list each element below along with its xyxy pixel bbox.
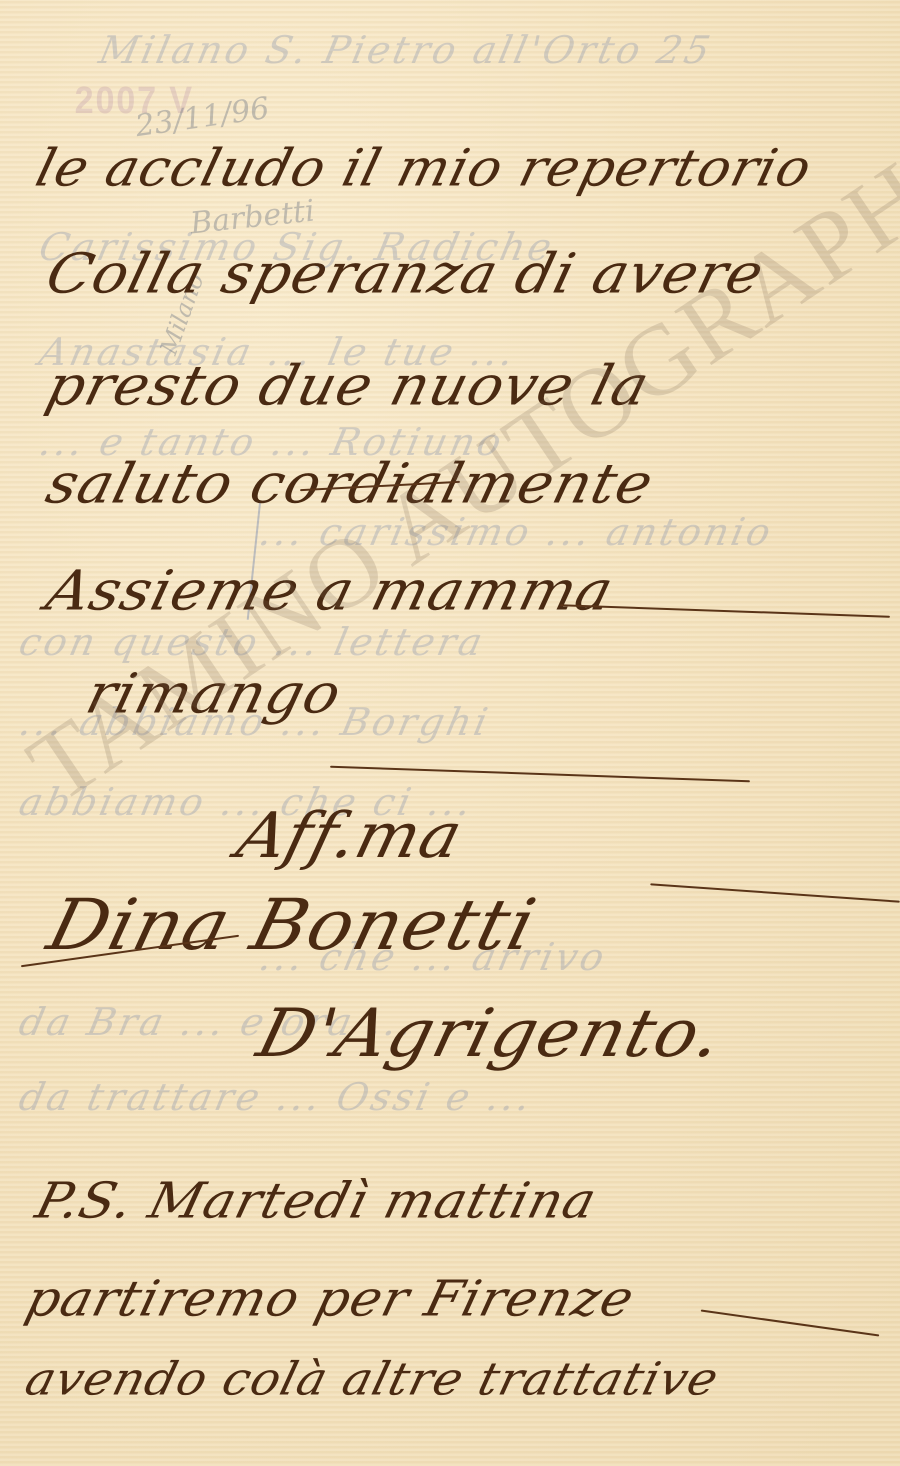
signature-place: D'Agrigento. xyxy=(250,994,731,1072)
bleed-line: Milano S. Pietro all'Orto 25 xyxy=(95,28,900,72)
closing-affma: Aff.ma xyxy=(230,799,470,872)
letter-line: le accludo il mio repertorio xyxy=(30,138,818,198)
ps-line: avendo colà altre trattative xyxy=(20,1353,724,1406)
ps-line: P.S. Martedì mattina xyxy=(30,1173,602,1230)
bleed-line: da trattare ... Ossi e ... xyxy=(15,1075,900,1119)
ps-line: partiremo per Firenze xyxy=(20,1271,640,1328)
